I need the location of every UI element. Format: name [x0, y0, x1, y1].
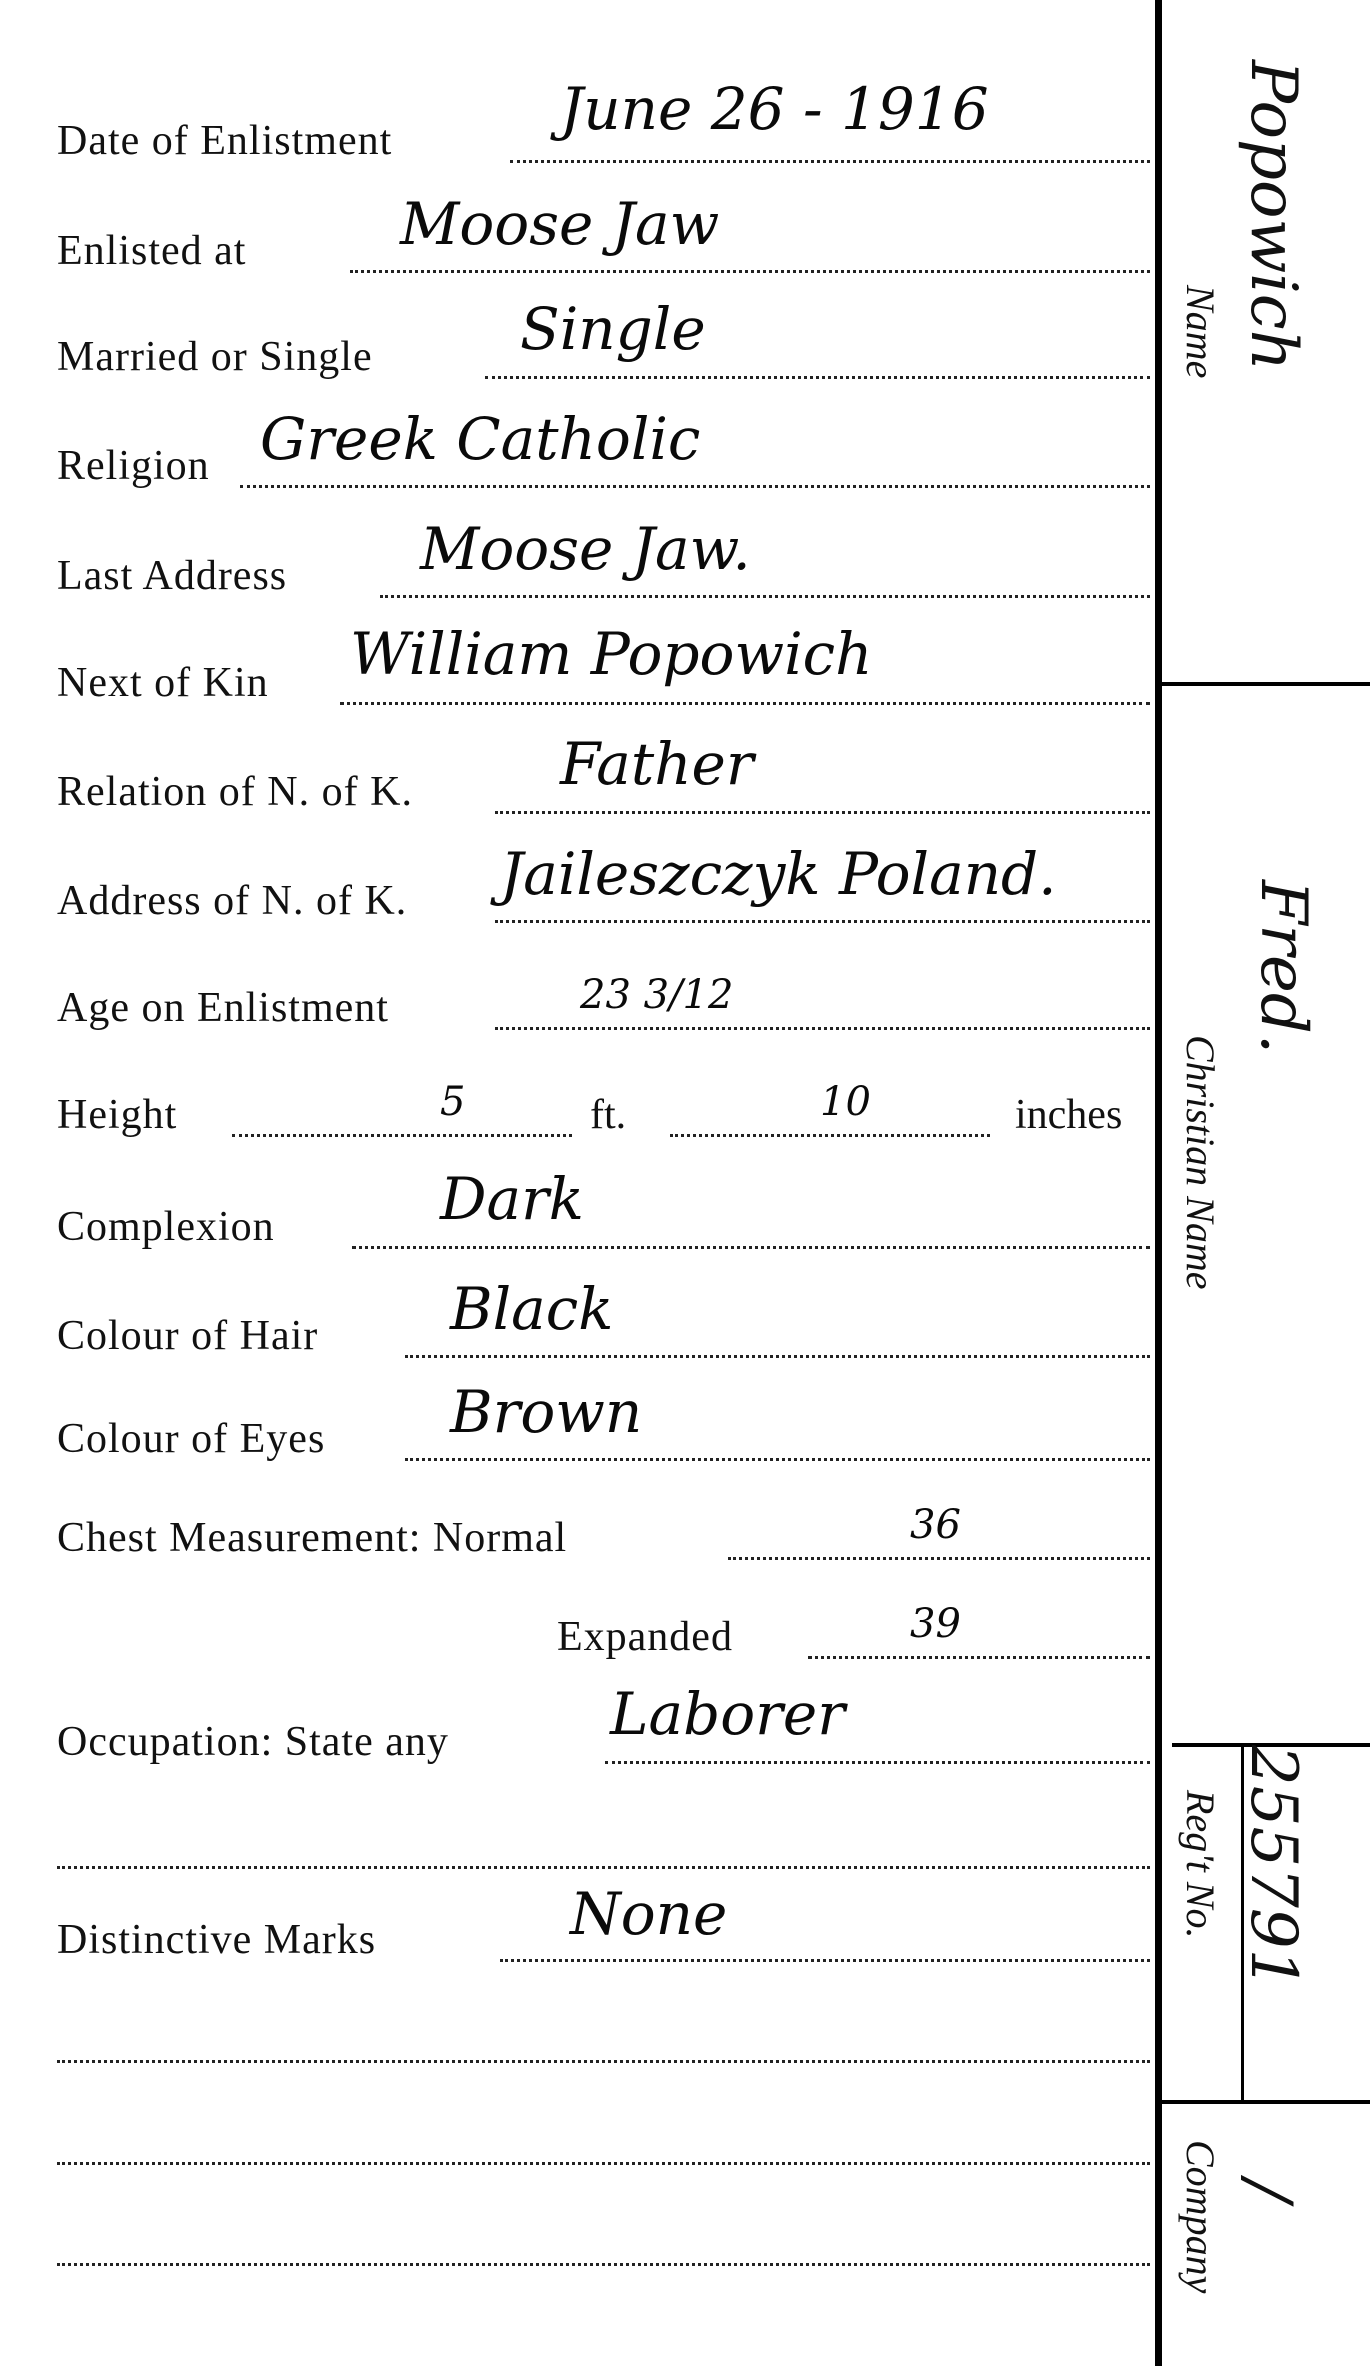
- value-distinctive-marks: None: [570, 1885, 727, 1943]
- dotted-line-height-in: [670, 1134, 990, 1137]
- dotted-line-chest-normal: [728, 1557, 1150, 1560]
- dotted-line-chest-expanded: [808, 1656, 1150, 1659]
- label-chest-normal: Chest Measurement: Normal: [57, 1517, 567, 1559]
- label-address-of-nok: Address of N. of K.: [57, 880, 407, 922]
- label-complexion: Complexion: [57, 1206, 275, 1248]
- dotted-line-occupation-2: [57, 1866, 1150, 1869]
- value-date-of-enlistment: June 26 - 1916: [560, 80, 989, 138]
- dotted-line-enlisted: [350, 270, 1150, 273]
- dotted-line-extra-2: [57, 2162, 1150, 2165]
- label-chest-expanded: Expanded: [557, 1616, 733, 1658]
- dotted-line-hair: [405, 1355, 1150, 1358]
- label-enlisted-at: Enlisted at: [57, 230, 246, 272]
- dotted-line-last-address: [380, 595, 1150, 598]
- dotted-line-extra-3: [57, 2263, 1150, 2266]
- label-height: Height: [57, 1094, 177, 1136]
- value-chest-normal: 36: [910, 1505, 961, 1545]
- label-relation-of-nok: Relation of N. of K.: [57, 771, 413, 813]
- sidebar-regt-no-label: Reg't No.: [1180, 1790, 1220, 1939]
- value-height-inches: 10: [820, 1082, 871, 1122]
- dotted-line-age: [495, 1027, 1150, 1030]
- label-colour-of-eyes: Colour of Eyes: [57, 1418, 325, 1460]
- label-occupation: Occupation: State any: [57, 1721, 449, 1763]
- value-relation-of-nok: Father: [560, 735, 754, 793]
- dotted-line-next-of-kin: [340, 702, 1150, 705]
- sidebar-name-label: Name: [1180, 285, 1220, 378]
- value-chest-expanded: 39: [910, 1604, 961, 1644]
- value-married-or-single: Single: [520, 300, 706, 358]
- label-religion: Religion: [57, 445, 210, 487]
- sidebar-company-label: Company: [1180, 2140, 1220, 2293]
- dotted-line-address-nok: [495, 920, 1150, 923]
- sidebar-company-value: /: [1236, 2180, 1300, 2202]
- value-complexion: Dark: [440, 1170, 584, 1228]
- value-colour-of-eyes: Brown: [450, 1383, 642, 1441]
- label-date-of-enlistment: Date of Enlistment: [57, 120, 392, 162]
- value-enlisted-at: Moose Jaw: [400, 195, 719, 253]
- label-age-on-enlistment: Age on Enlistment: [57, 987, 389, 1029]
- dotted-line-distinctive: [500, 1959, 1150, 1962]
- dotted-line-date: [510, 160, 1150, 163]
- label-feet-unit: ft.: [590, 1094, 626, 1136]
- label-last-address: Last Address: [57, 555, 287, 597]
- sidebar-christian-name-value: Fred.: [1251, 880, 1315, 1054]
- value-height-feet: 5: [440, 1082, 465, 1122]
- dotted-line-married: [485, 376, 1150, 379]
- dotted-line-occupation: [605, 1761, 1150, 1764]
- dotted-line-relation: [495, 811, 1150, 814]
- label-next-of-kin: Next of Kin: [57, 662, 269, 704]
- value-religion: Greek Catholic: [260, 410, 700, 468]
- sidebar-name-value: Popowich: [1241, 60, 1305, 371]
- sidebar-regt-no-value: 255791: [1241, 1745, 1305, 1989]
- value-colour-of-hair: Black: [450, 1280, 613, 1338]
- dotted-line-extra-1: [57, 2060, 1150, 2063]
- dotted-line-eyes: [405, 1458, 1150, 1461]
- main-vertical-rule: [1155, 0, 1162, 2366]
- rule-below-name: [1162, 682, 1370, 686]
- dotted-line-religion: [240, 485, 1150, 488]
- rule-above-company: [1162, 2100, 1370, 2104]
- value-age-on-enlistment: 23 3/12: [580, 975, 733, 1015]
- label-married-or-single: Married or Single: [57, 336, 373, 378]
- value-occupation: Laborer: [610, 1685, 845, 1743]
- sidebar-christian-name-label: Christian Name: [1180, 1035, 1220, 1289]
- label-inches-unit: inches: [1015, 1094, 1122, 1136]
- label-distinctive-marks: Distinctive Marks: [57, 1919, 376, 1961]
- value-address-of-nok: Jaileszczyk Poland.: [500, 845, 1057, 903]
- label-colour-of-hair: Colour of Hair: [57, 1315, 318, 1357]
- dotted-line-height-ft: [232, 1134, 572, 1137]
- dotted-line-complexion: [352, 1246, 1150, 1249]
- value-last-address: Moose Jaw.: [420, 520, 751, 578]
- value-next-of-kin: William Popowich: [350, 625, 872, 683]
